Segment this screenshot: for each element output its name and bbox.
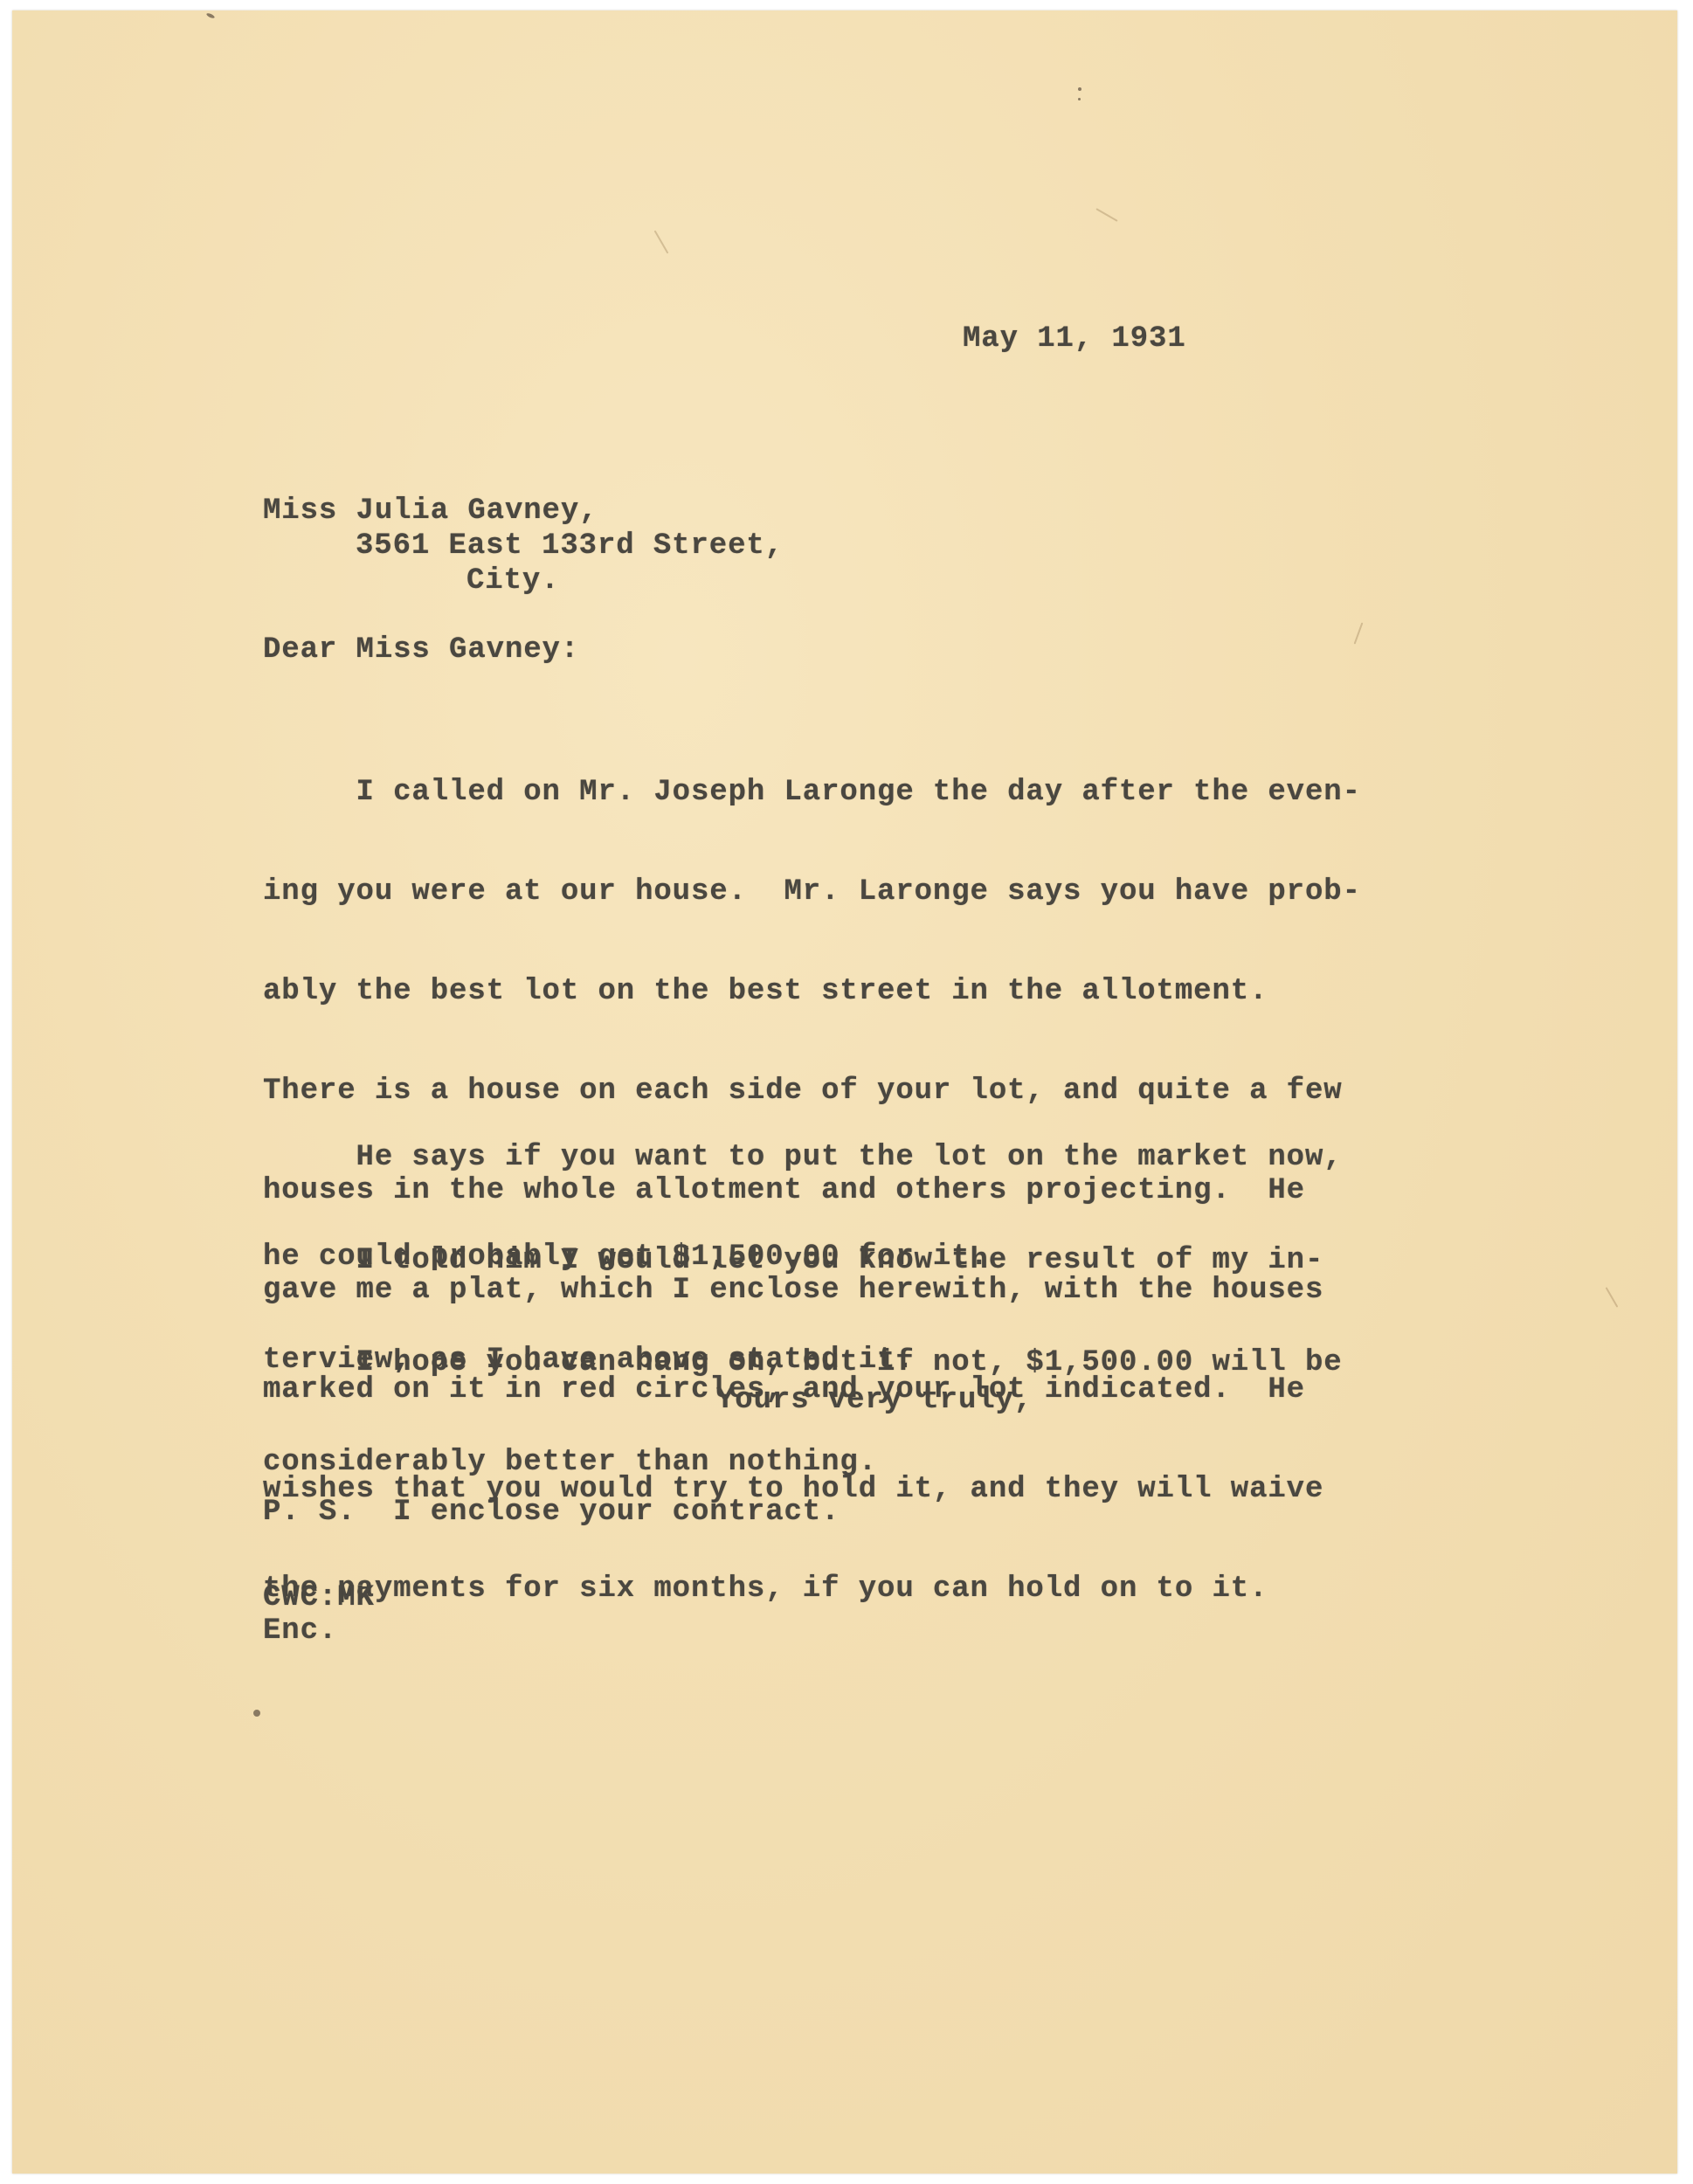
paper-fiber — [1095, 208, 1117, 222]
paper-speck — [206, 12, 216, 19]
paper-speck — [1078, 87, 1081, 91]
postscript: P. S. I enclose your contract. — [263, 1496, 840, 1529]
paper-fiber — [654, 231, 669, 254]
closing: Yours very truly, — [716, 1384, 1033, 1417]
body-line: He says if you want to put the lot on th… — [263, 1141, 1343, 1174]
letter-date: May 11, 1931 — [963, 322, 1186, 356]
body-line: ing you were at our house. Mr. Laronge s… — [263, 875, 1361, 909]
paper-fiber — [1354, 622, 1364, 644]
recipient-street: 3561 East 133rd Street, — [356, 529, 784, 563]
salutation: Dear Miss Gavney: — [263, 633, 579, 667]
body-line: I told him I would let you know the resu… — [263, 1244, 1323, 1277]
letter-page: May 11, 1931 Miss Julia Gavney, 3561 Eas… — [12, 10, 1677, 2174]
recipient-city: City. — [466, 564, 560, 598]
body-line: considerably better than nothing. — [263, 1446, 1343, 1479]
recipient-name: Miss Julia Gavney, — [263, 494, 598, 528]
enclosure-notation: Enc. — [263, 1614, 337, 1648]
body-line: I hope you can hang on, but if not, $1,5… — [263, 1346, 1343, 1379]
paper-speck — [1078, 98, 1081, 100]
body-line: I called on Mr. Joseph Laronge the day a… — [263, 776, 1361, 809]
paper-speck — [253, 1710, 260, 1717]
reference-initials: CWC:MK — [263, 1581, 375, 1614]
body-line: the payments for six months, if you can … — [263, 1572, 1361, 1606]
body-line: ably the best lot on the best street in … — [263, 975, 1361, 1008]
paper-fiber — [1606, 1287, 1619, 1308]
